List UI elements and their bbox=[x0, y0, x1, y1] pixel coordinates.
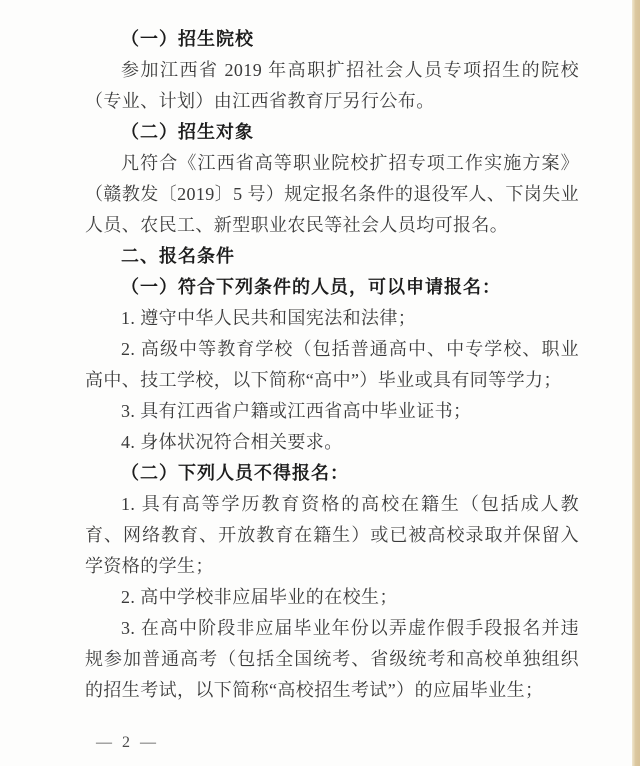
document-body-text: （一）招生院校参加江西省 2019 年高职扩招社会人员专项招生的院校（专业、计划… bbox=[85, 24, 579, 706]
heading: （一）符合下列条件的人员，可以申请报名： bbox=[85, 272, 579, 303]
paragraph: 3. 在高中阶段非应届毕业年份以弄虚作假手段报名并违规参加普通高考（包括全国统考… bbox=[85, 613, 579, 706]
paragraph: 1. 遵守中华人民共和国宪法和法律； bbox=[85, 303, 579, 334]
heading: （一）招生院校 bbox=[85, 24, 579, 55]
heading: （二）下列人员不得报名： bbox=[85, 458, 579, 489]
heading: （二）招生对象 bbox=[85, 117, 579, 148]
heading: 二、报名条件 bbox=[85, 241, 579, 272]
page-number: — 2 — bbox=[96, 734, 159, 752]
page-edge-strip bbox=[632, 0, 640, 766]
paragraph: 参加江西省 2019 年高职扩招社会人员专项招生的院校（专业、计划）由江西省教育… bbox=[85, 55, 579, 117]
paragraph: 凡符合《江西省高等职业院校扩招专项工作实施方案》（赣教发〔2019〕5 号）规定… bbox=[85, 148, 579, 241]
scanned-document-page: （一）招生院校参加江西省 2019 年高职扩招社会人员专项招生的院校（专业、计划… bbox=[0, 0, 640, 766]
paragraph: 4. 身体状况符合相关要求。 bbox=[85, 427, 579, 458]
paragraph: 2. 高级中等教育学校（包括普通高中、中专学校、职业高中、技工学校，以下简称“高… bbox=[85, 334, 579, 396]
paragraph: 1. 具有高等学历教育资格的高校在籍生（包括成人教育、网络教育、开放教育在籍生）… bbox=[85, 489, 579, 582]
paragraph: 3. 具有江西省户籍或江西省高中毕业证书； bbox=[85, 396, 579, 427]
paragraph: 2. 高中学校非应届毕业的在校生； bbox=[85, 582, 579, 613]
